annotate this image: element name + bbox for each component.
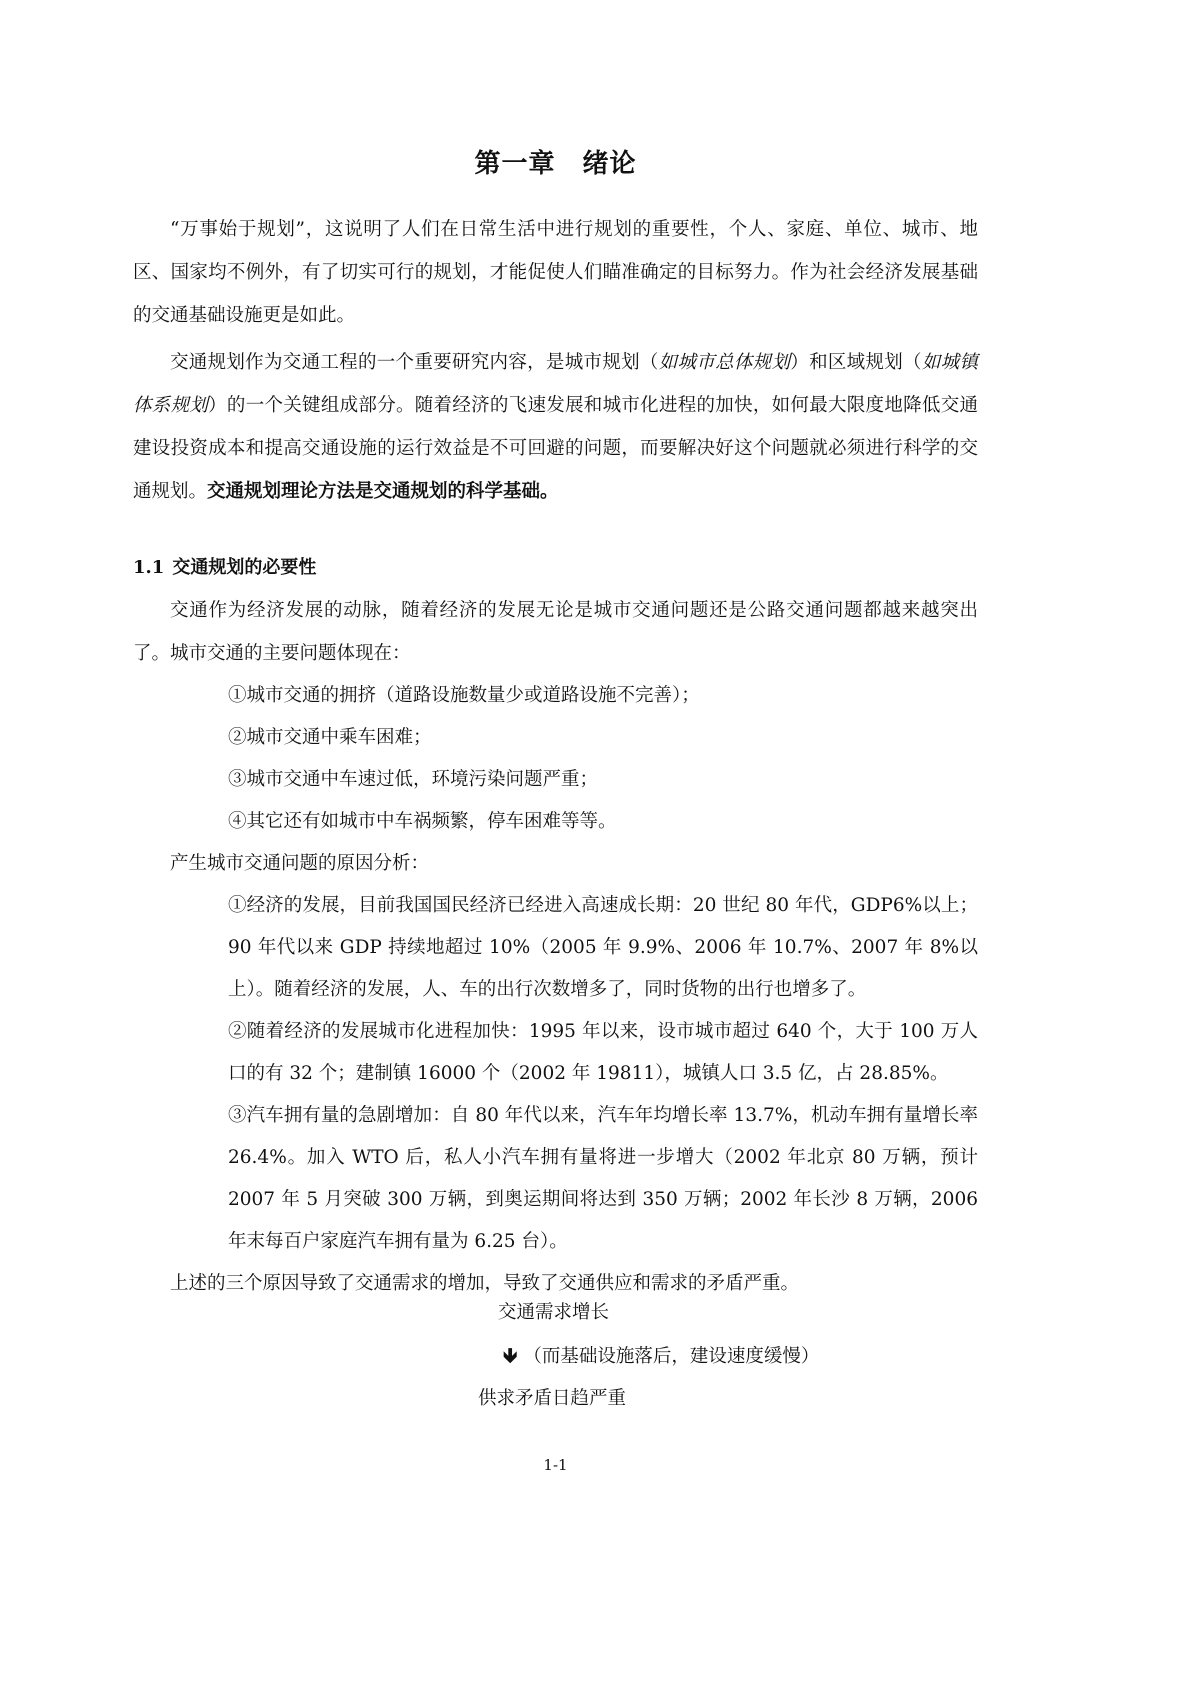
chapter-title: 第一章 绪论 [133, 143, 978, 180]
flow-diagram: 交通需求增长 🡻（而基础设施落后，建设速度缓慢） 供求矛盾日趋严重 [133, 1292, 978, 1420]
problem-item: ③城市交通中车速过低，环境污染问题严重； [133, 759, 978, 801]
intro-p2-italic-1: 如城市总体规划 [659, 352, 791, 373]
cause-item: ①经济的发展，目前我国国民经济已经进入高速成长期：20 世纪 80 年代，GDP… [133, 885, 978, 1011]
flow-middle: 🡻（而基础设施落后，建设速度缓慢） [133, 1334, 978, 1378]
cause-item: ③汽车拥有量的急剧增加：自 80 年代以来，汽车年均增长率 13.7%，机动车拥… [133, 1095, 978, 1263]
intro-p2-text-2: ）和区域规划（ [790, 352, 922, 373]
flow-top: 交通需求增长 [133, 1292, 978, 1334]
problem-item: ①城市交通的拥挤（道路设施数量少或道路设施不完善）； [133, 675, 978, 717]
problem-item: ④其它还有如城市中车祸频繁，停车困难等等。 [133, 801, 978, 843]
problems-list: ①城市交通的拥挤（道路设施数量少或道路设施不完善）； ②城市交通中乘车困难； ③… [133, 675, 978, 843]
section-title: 交通规划的必要性 [172, 557, 316, 578]
intro-paragraph-1: “万事始于规划”，这说明了人们在日常生活中进行规划的重要性，个人、家庭、单位、城… [133, 208, 978, 337]
section-paragraph-1: 交通作为经济发展的动脉，随着经济的发展无论是城市交通问题还是公路交通问题都越来越… [133, 589, 978, 675]
section-heading: 1.1交通规划的必要性 [133, 546, 978, 589]
causes-intro: 产生城市交通问题的原因分析： [133, 843, 978, 885]
section-1-1: 1.1交通规划的必要性 交通作为经济发展的动脉，随着经济的发展无论是城市交通问题… [133, 546, 978, 1305]
flow-middle-text: （而基础设施落后，建设速度缓慢） [523, 1346, 819, 1367]
intro-p2-text-1: 交通规划作为交通工程的一个重要研究内容，是城市规划（ [170, 352, 659, 373]
causes-list: ①经济的发展，目前我国国民经济已经进入高速成长期：20 世纪 80 年代，GDP… [133, 885, 978, 1263]
section-number: 1.1 [133, 557, 164, 578]
problem-item: ②城市交通中乘车困难； [133, 717, 978, 759]
intro-section: “万事始于规划”，这说明了人们在日常生活中进行规划的重要性，个人、家庭、单位、城… [133, 208, 978, 513]
page-number: 1-1 [133, 1456, 978, 1474]
cause-item: ②随着经济的发展城市化进程加快：1995 年以来，设市城市超过 640 个，大于… [133, 1011, 978, 1095]
intro-paragraph-2: 交通规划作为交通工程的一个重要研究内容，是城市规划（如城市总体规划）和区域规划（… [133, 341, 978, 513]
down-arrow-icon: 🡻 [503, 1343, 517, 1367]
flow-bottom: 供求矛盾日趋严重 [133, 1378, 978, 1420]
intro-p2-bold: 交通规划理论方法是交通规划的科学基础。 [207, 481, 559, 502]
